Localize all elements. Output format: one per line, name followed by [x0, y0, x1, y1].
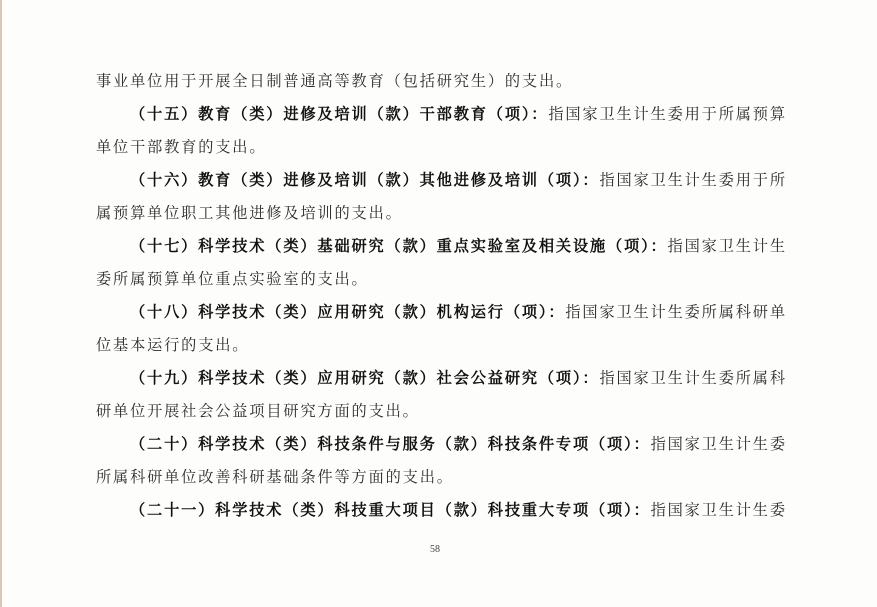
item-text: 单位干部教育的支出。: [96, 138, 266, 156]
item-text: 指国家卫生计生: [668, 237, 787, 255]
paragraph-line: 位基本运行的支出。: [96, 334, 249, 356]
item-text: 研单位开展社会公益项目研究方面的支出。: [96, 402, 420, 420]
item-text: 指国家卫生计生委: [651, 501, 787, 519]
item-heading: （十八）科学技术（类）应用研究（款）机构运行（项）：: [130, 303, 565, 321]
paragraph-line: （十八）科学技术（类）应用研究（款）机构运行（项）：指国家卫生计生委所属科研单: [130, 301, 787, 323]
page-left-shadow: [2, 0, 14, 607]
paragraph-line: （十六）教育（类）进修及培训（款）其他进修及培训（项）：指国家卫生计生委用于所: [130, 169, 787, 191]
item-text: 指国家卫生计生委所属科研单: [565, 303, 787, 321]
item-text: 事业单位用于开展全日制普通高等教育（包括研究生）的支出。: [96, 72, 573, 90]
item-text: 属预算单位职工其他进修及培训的支出。: [96, 204, 403, 222]
item-heading: （十六）教育（类）进修及培训（款）其他进修及培训（项）：: [130, 171, 599, 189]
paragraph-line: 事业单位用于开展全日制普通高等教育（包括研究生）的支出。: [96, 70, 573, 92]
item-heading: （十九）科学技术（类）应用研究（款）社会公益研究（项）：: [130, 369, 599, 387]
item-heading: （二十一）科学技术（类）科技重大项目（款）科技重大专项（项）：: [130, 501, 651, 519]
item-heading: （十五）教育（类）进修及培训（款）干部教育（项）：: [130, 105, 548, 123]
paragraph-line: （二十一）科学技术（类）科技重大项目（款）科技重大专项（项）：指国家卫生计生委: [130, 499, 787, 521]
paragraph-line: （十五）教育（类）进修及培训（款）干部教育（项）：指国家卫生计生委用于所属预算: [130, 103, 787, 125]
item-text: 指国家卫生计生委: [651, 435, 787, 453]
item-text: 委所属预算单位重点实验室的支出。: [96, 270, 369, 288]
paragraph-line: （二十）科学技术（类）科技条件与服务（款）科技条件专项（项）：指国家卫生计生委: [130, 433, 787, 455]
paragraph-line: 所属科研单位改善科研基础条件等方面的支出。: [96, 466, 454, 488]
paragraph-line: （十七）科学技术（类）基础研究（款）重点实验室及相关设施（项）：指国家卫生计生: [130, 235, 787, 257]
item-heading: （十七）科学技术（类）基础研究（款）重点实验室及相关设施（项）：: [130, 237, 668, 255]
item-text: 指国家卫生计生委用于所: [599, 171, 786, 189]
paragraph-line: 委所属预算单位重点实验室的支出。: [96, 268, 369, 290]
item-text: 位基本运行的支出。: [96, 336, 249, 354]
paragraph-line: 属预算单位职工其他进修及培训的支出。: [96, 202, 403, 224]
paragraph-line: 研单位开展社会公益项目研究方面的支出。: [96, 400, 420, 422]
paragraph-line: （十九）科学技术（类）应用研究（款）社会公益研究（项）：指国家卫生计生委所属科: [130, 367, 787, 389]
item-text: 指国家卫生计生委用于所属预算: [548, 105, 787, 123]
item-text: 所属科研单位改善科研基础条件等方面的支出。: [96, 468, 454, 486]
page-number: 58: [430, 544, 440, 555]
item-text: 指国家卫生计生委所属科: [599, 369, 786, 387]
paragraph-line: 单位干部教育的支出。: [96, 136, 266, 158]
item-heading: （二十）科学技术（类）科技条件与服务（款）科技条件专项（项）：: [130, 435, 651, 453]
